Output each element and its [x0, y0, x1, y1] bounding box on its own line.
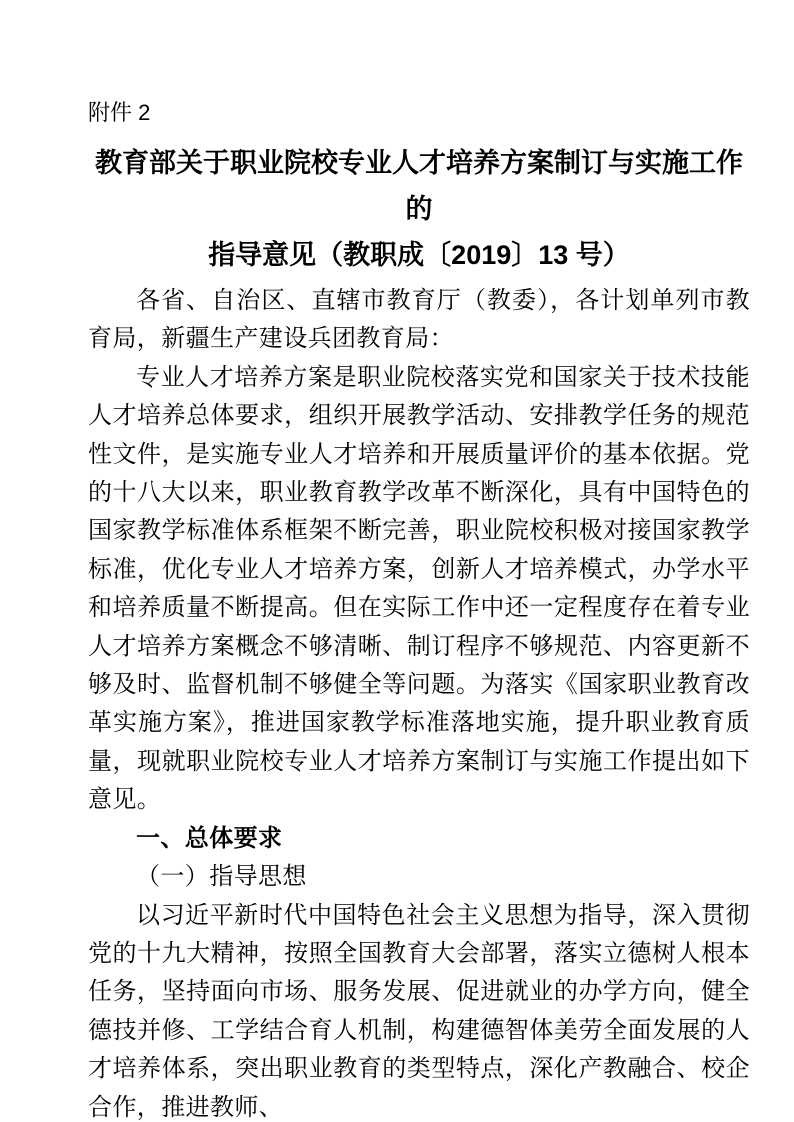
document-title-line2: 指导意见（教职成〔2019〕13 号） — [88, 232, 750, 278]
document-title: 教育部关于职业院校专业人才培养方案制订与实施工作的 指导意见（教职成〔2019〕… — [88, 140, 750, 278]
intro-paragraph: 专业人才培养方案是职业院校落实党和国家关于技术技能人才培养总体要求，组织开展教学… — [88, 359, 750, 820]
attachment-label: 附件 2 — [88, 101, 750, 125]
document-title-line1: 教育部关于职业院校专业人才培养方案制订与实施工作的 — [88, 140, 750, 232]
document-content: 附件 2 教育部关于职业院校专业人才培养方案制订与实施工作的 指导意见（教职成〔… — [88, 101, 750, 1122]
guiding-ideology-paragraph: 以习近平新时代中国特色社会主义思想为指导，深入贯彻党的十九大精神，按照全国教育大… — [88, 897, 750, 1122]
salutation-paragraph: 各省、自治区、直辖市教育厅（教委），各计划单列市教育局，新疆生产建设兵团教育局： — [88, 282, 750, 359]
document-page: 附件 2 教育部关于职业院校专业人才培养方案制订与实施工作的 指导意见（教职成〔… — [0, 0, 794, 1122]
document-body: 各省、自治区、直辖市教育厅（教委），各计划单列市教育局，新疆生产建设兵团教育局：… — [88, 282, 750, 1122]
subsection-heading-guiding-ideology: （一）指导思想 — [88, 858, 750, 896]
section-heading-general-requirements: 一、总体要求 — [88, 820, 750, 858]
